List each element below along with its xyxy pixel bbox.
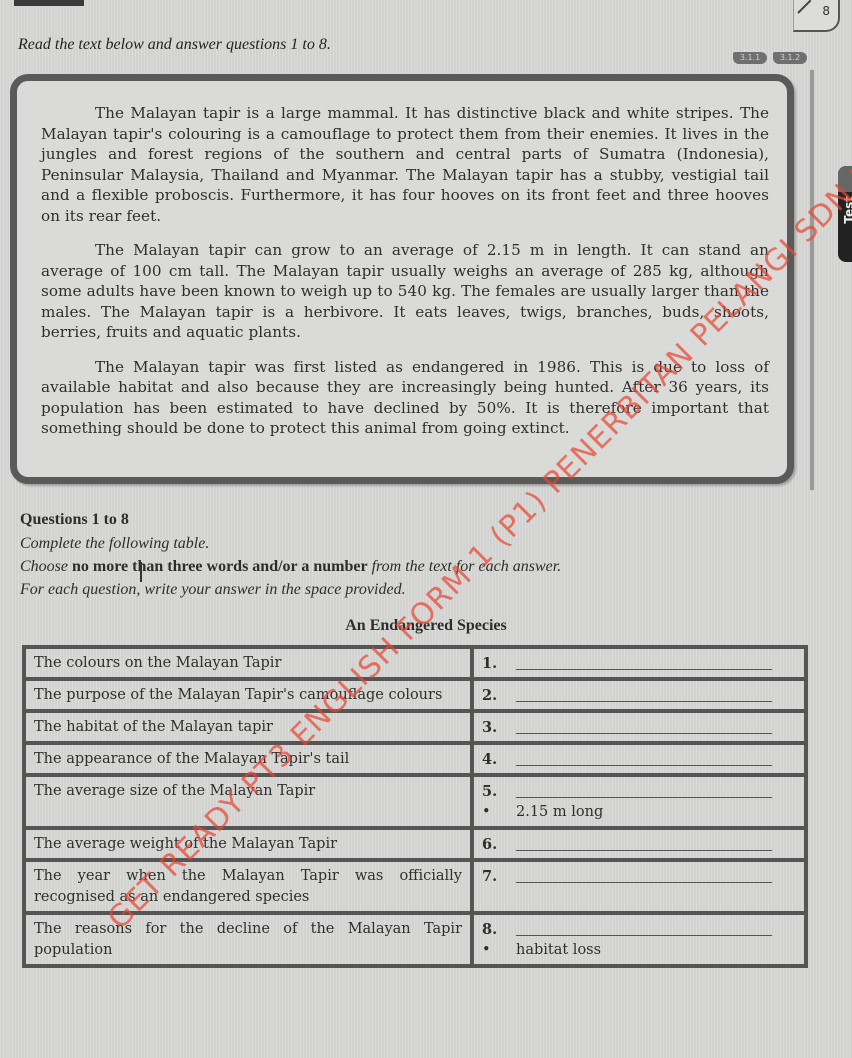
question-number: 8. bbox=[482, 919, 508, 940]
reading-passage: The Malayan tapir is a large mammal. It … bbox=[10, 74, 794, 484]
table-row: The appearance of the Malayan Tapir's ta… bbox=[24, 743, 806, 775]
answer-hint: •habitat loss bbox=[482, 940, 796, 961]
answer-line-row: 7. bbox=[482, 866, 796, 887]
answer-line-row: 5. bbox=[482, 781, 796, 802]
bullet-icon: • bbox=[482, 802, 516, 823]
side-tab: Test bbox=[838, 166, 852, 262]
skill-badge: 3.1.2 bbox=[773, 52, 807, 64]
score-box: 8 bbox=[793, 0, 840, 32]
score-slash bbox=[797, 0, 811, 14]
question-number: 2. bbox=[482, 685, 508, 706]
species-table: The colours on the Malayan Tapir1.The pu… bbox=[22, 645, 808, 968]
answer-line-row: 2. bbox=[482, 685, 796, 706]
page-edge-divider bbox=[810, 70, 814, 490]
answer-blank[interactable] bbox=[516, 870, 772, 883]
passage-paragraph: The Malayan tapir can grow to an average… bbox=[41, 240, 769, 343]
question-label: The average size of the Malayan Tapir bbox=[24, 775, 472, 828]
bullet-icon: • bbox=[482, 940, 516, 961]
answer-cell[interactable]: 3. bbox=[472, 711, 806, 743]
question-label: The colours on the Malayan Tapir bbox=[24, 647, 472, 679]
question-label: The year when the Malayan Tapir was offi… bbox=[24, 860, 472, 913]
answer-cell[interactable]: 2. bbox=[472, 679, 806, 711]
score-total: 8 bbox=[822, 4, 830, 18]
table-row: The average weight of the Malayan Tapir6… bbox=[24, 828, 806, 860]
top-edge-bar bbox=[14, 0, 84, 6]
answer-hint: •2.15 m long bbox=[482, 802, 796, 823]
question-number: 7. bbox=[482, 866, 508, 887]
reading-instruction: Read the text below and answer questions… bbox=[18, 36, 331, 54]
question-label: The appearance of the Malayan Tapir's ta… bbox=[24, 743, 472, 775]
question-number: 3. bbox=[482, 717, 508, 738]
answer-line-row: 3. bbox=[482, 717, 796, 738]
table-row: The purpose of the Malayan Tapir's camou… bbox=[24, 679, 806, 711]
answer-blank[interactable] bbox=[516, 923, 772, 936]
answer-cell[interactable]: 5.•2.15 m long bbox=[472, 775, 806, 828]
questions-heading: Questions 1 to 8 bbox=[20, 508, 820, 532]
table-row: The year when the Malayan Tapir was offi… bbox=[24, 860, 806, 913]
question-number: 4. bbox=[482, 749, 508, 770]
skill-badges: 3.1.1 3.1.2 bbox=[733, 52, 807, 64]
table-row: The habitat of the Malayan tapir3. bbox=[24, 711, 806, 743]
answer-cell[interactable]: 8.•habitat loss bbox=[472, 913, 806, 966]
hint-text: 2.15 m long bbox=[516, 802, 603, 823]
passage-paragraph: The Malayan tapir was first listed as en… bbox=[41, 357, 769, 439]
question-label: The average weight of the Malayan Tapir bbox=[24, 828, 472, 860]
question-number: 1. bbox=[482, 653, 508, 674]
answer-blank[interactable] bbox=[516, 721, 772, 734]
answer-blank[interactable] bbox=[516, 657, 772, 670]
answer-line-row: 8. bbox=[482, 919, 796, 940]
side-tab-header bbox=[838, 166, 852, 192]
text-cursor bbox=[140, 562, 142, 582]
question-label: The purpose of the Malayan Tapir's camou… bbox=[24, 679, 472, 711]
questions-section: Questions 1 to 8 Complete the following … bbox=[20, 508, 820, 601]
table-row: The average size of the Malayan Tapir5.•… bbox=[24, 775, 806, 828]
answer-blank[interactable] bbox=[516, 689, 772, 702]
answer-blank[interactable] bbox=[516, 838, 772, 851]
passage-paragraph: The Malayan tapir is a large mammal. It … bbox=[41, 103, 769, 226]
question-number: 5. bbox=[482, 781, 508, 802]
question-number: 6. bbox=[482, 834, 508, 855]
table-row: The reasons for the decline of the Malay… bbox=[24, 913, 806, 966]
question-label: The habitat of the Malayan tapir bbox=[24, 711, 472, 743]
answer-cell[interactable]: 4. bbox=[472, 743, 806, 775]
table-title: An Endangered Species bbox=[0, 617, 852, 635]
table-row: The colours on the Malayan Tapir1. bbox=[24, 647, 806, 679]
question-label: The reasons for the decline of the Malay… bbox=[24, 913, 472, 966]
answer-line-row: 4. bbox=[482, 749, 796, 770]
skill-badge: 3.1.1 bbox=[733, 52, 767, 64]
answer-blank[interactable] bbox=[516, 753, 772, 766]
answer-blank[interactable] bbox=[516, 785, 772, 798]
side-tab-label: Test bbox=[842, 196, 852, 224]
questions-instruction-1: Complete the following table. bbox=[20, 532, 820, 555]
answer-cell[interactable]: 1. bbox=[472, 647, 806, 679]
answer-line-row: 1. bbox=[482, 653, 796, 674]
answer-line-row: 6. bbox=[482, 834, 796, 855]
answer-cell[interactable]: 6. bbox=[472, 828, 806, 860]
hint-text: habitat loss bbox=[516, 940, 601, 961]
answer-cell[interactable]: 7. bbox=[472, 860, 806, 913]
